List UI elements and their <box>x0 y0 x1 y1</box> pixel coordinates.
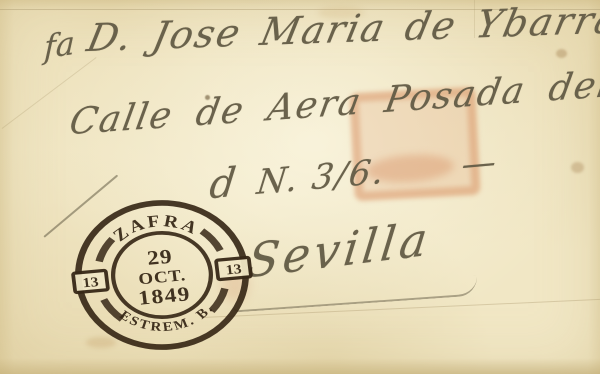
address-line-recipient: D. Jose Maria de Ybarra <box>83 0 600 60</box>
postmark-ornament <box>202 230 220 252</box>
postmark-number-right: 13 <box>225 262 243 278</box>
cover-paper: fa D. Jose Maria de Ybarra Calle de Aera… <box>0 0 600 374</box>
corner-mark: fa <box>43 24 75 67</box>
fox-spot <box>556 49 567 58</box>
house-number: N. 3/6. — <box>255 142 501 204</box>
postmark-date-day: 29 <box>146 244 174 269</box>
zafra-baeza-postmark: 13 13 ZAFRA ESTREM. B. 29 OCT. 1849 <box>68 194 256 356</box>
postmark-number-left: 13 <box>82 275 100 291</box>
address-line-street: Calle de Aera Posada del <box>66 64 600 143</box>
cover-photo: fa D. Jose Maria de Ybarra Calle de Aera… <box>0 0 600 374</box>
address-line-city: Sevilla <box>245 211 435 289</box>
fold-line-bottom <box>202 299 600 318</box>
fox-spot <box>571 162 584 173</box>
postmark-ornament <box>97 239 115 261</box>
postmark-date-year: 1849 <box>137 282 192 310</box>
